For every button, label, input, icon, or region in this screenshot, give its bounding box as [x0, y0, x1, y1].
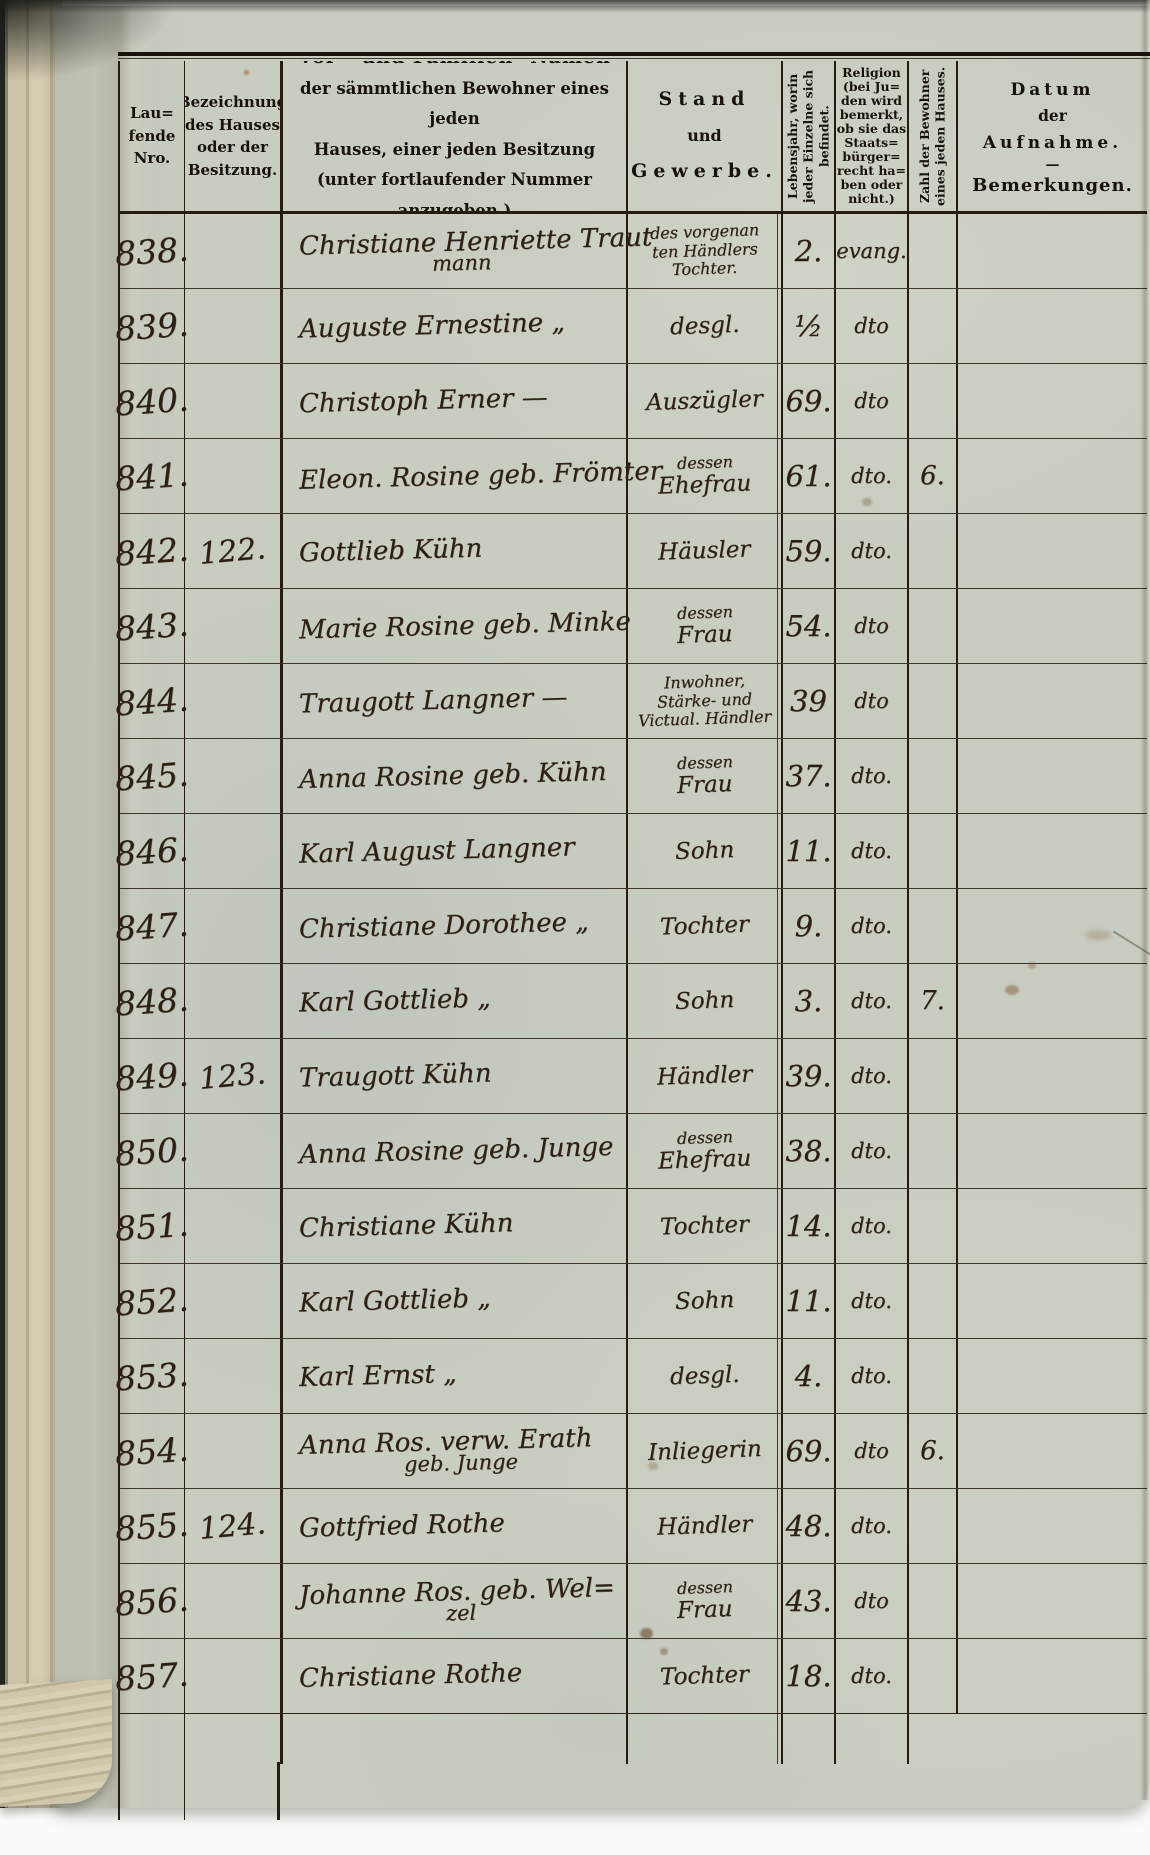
resident-name: Marie Rosine geb. Minke	[299, 607, 632, 646]
religion-cell: dto.	[834, 964, 907, 1038]
row-number: 854.	[114, 1429, 190, 1473]
religion-cell: dto.	[834, 739, 907, 813]
row-number: 842.	[114, 529, 190, 573]
row-number-cell: 852.	[120, 1264, 184, 1338]
row-number-cell: 851.	[120, 1189, 184, 1263]
table-row: 839.Auguste Ernestine „desgl.½dto	[120, 289, 1147, 364]
row-number: 850.	[114, 1129, 190, 1173]
row-number: 856.	[114, 1579, 190, 1623]
age-cell: 11.	[781, 814, 834, 888]
remarks-cell	[956, 814, 1147, 888]
table-row: 857.Christiane RotheTochter18.dto.	[120, 1639, 1147, 1714]
resident-name-cell: Christoph Erner —	[280, 364, 626, 438]
row-number: 839.	[114, 304, 190, 348]
row-number: 849.	[114, 1054, 190, 1098]
row-number: 848.	[114, 979, 190, 1023]
resident-name: Christoph Erner —	[299, 383, 548, 420]
occupation-status: Häusler	[658, 536, 751, 565]
row-number: 838.	[114, 229, 190, 273]
residents-count-cell	[907, 664, 956, 738]
religion-value: dto.	[851, 539, 892, 563]
house-number-cell	[184, 1114, 280, 1188]
age-value: 14.	[785, 1209, 831, 1243]
residents-count-cell	[907, 289, 956, 363]
row-number-cell: 848.	[120, 964, 184, 1038]
occupation-status: Händler	[656, 1061, 752, 1090]
age-cell: 38.	[781, 1114, 834, 1188]
header-text: (unter fortlaufender Nummer anzugeben.)	[283, 165, 626, 211]
ink-stain	[862, 498, 872, 506]
resident-name-cell: Johanne Ros. geb. Wel=zel	[280, 1564, 626, 1638]
header-residents-count: Zahl der Bewohner eines jeden Hauses.	[907, 61, 956, 211]
row-number: 841.	[114, 454, 190, 498]
occupation-status: Inliegerin	[647, 1436, 762, 1466]
header-text: des Hauses	[185, 114, 280, 137]
residents-count-cell	[907, 889, 956, 963]
religion-cell: dto.	[834, 1264, 907, 1338]
column-line-extension-left	[118, 1762, 280, 1820]
header-rotated-text: Lebensjahr, worin jeder Einzelne sich be…	[785, 65, 832, 207]
religion-value: dto	[854, 1439, 889, 1463]
table-row: 846.Karl August LangnerSohn11.dto.	[120, 814, 1147, 889]
row-number: 843.	[114, 604, 190, 648]
religion-cell: dto.	[834, 1489, 907, 1563]
resident-name: Traugott Langner —	[299, 682, 568, 719]
house-number-cell	[184, 814, 280, 888]
house-number-cell	[184, 739, 280, 813]
resident-name: Christiane Dorothee „	[299, 907, 589, 945]
row-number-cell: 853.	[120, 1339, 184, 1413]
house-number-cell	[184, 289, 280, 363]
occupation-cell: Sohn	[626, 964, 781, 1038]
house-number-cell	[184, 589, 280, 663]
row-number-cell: 843.	[120, 589, 184, 663]
row-number-cell: 849.	[120, 1039, 184, 1113]
header-text: bürger=	[842, 150, 900, 164]
age-value: 39	[790, 684, 827, 718]
residents-count: 6.	[920, 461, 945, 491]
line-extension-cell	[781, 1714, 834, 1764]
residents-count-cell	[907, 1339, 956, 1413]
table-row: 849.123.Traugott KühnHändler39.dto.	[120, 1039, 1147, 1114]
age-value: 3.	[795, 984, 823, 1018]
row-number-cell: 841.	[120, 439, 184, 513]
age-value: 59.	[785, 534, 831, 568]
age-value: 54.	[785, 609, 831, 643]
header-rotated-text: Zahl der Bewohner eines jeden Hauses.	[917, 65, 948, 207]
occupation-status: desgl.	[669, 1362, 739, 1390]
remarks-cell	[956, 1564, 1147, 1638]
residents-count-cell	[907, 214, 956, 288]
stacked-page-edges	[0, 1679, 112, 1807]
age-cell: 59.	[781, 514, 834, 588]
age-cell: ½	[781, 289, 834, 363]
occupation-status: Händler	[656, 1511, 752, 1540]
occupation-status: dessen	[676, 453, 733, 473]
book-binding-edge	[0, 0, 62, 1808]
occupation-cell: Häusler	[626, 514, 781, 588]
row-number-cell: 857.	[120, 1639, 184, 1713]
header-text: Religion	[842, 66, 901, 80]
age-value: 48.	[785, 1509, 831, 1543]
religion-value: dto.	[851, 1139, 892, 1163]
census-register-scan: Lau= fende Nro. Bezeichnung des Hauses o…	[0, 0, 1150, 1855]
residents-count-cell: 7.	[907, 964, 956, 1038]
occupation-cell: Tochter	[626, 1639, 781, 1713]
table-row: 853.Karl Ernst „desgl.4.dto.	[120, 1339, 1147, 1414]
resident-name: Eleon. Rosine geb. Frömter	[299, 456, 663, 495]
resident-name-cell: Eleon. Rosine geb. Frömter	[280, 439, 626, 513]
house-number-cell	[184, 964, 280, 1038]
row-number: 846.	[114, 829, 190, 873]
religion-value: dto	[854, 314, 889, 338]
table-row: 847.Christiane Dorothee „Tochter9.dto.	[120, 889, 1147, 964]
resident-name-cell: Christiane Dorothee „	[280, 889, 626, 963]
occupation-cell: dessenEhefrau	[626, 1114, 781, 1188]
table-row: 844.Traugott Langner —Inwohner,Stärke- u…	[120, 664, 1147, 739]
occupation-cell: Inwohner,Stärke- undVictual. Händler	[626, 664, 781, 738]
residents-count: 6.	[920, 1436, 945, 1466]
resident-name-cell: Marie Rosine geb. Minke	[280, 589, 626, 663]
religion-value: dto.	[851, 464, 892, 488]
row-number-cell: 838.	[120, 214, 184, 288]
occupation-status: Frau	[676, 621, 732, 649]
row-number: 844.	[114, 679, 190, 723]
table-row: 842.122.Gottlieb KühnHäusler59.dto.	[120, 514, 1147, 589]
resident-name: Anna Rosine geb. Kühn	[299, 757, 607, 795]
resident-name-cell: Karl Ernst „	[280, 1339, 626, 1413]
age-cell: 4.	[781, 1339, 834, 1413]
occupation-status: Auszügler	[646, 386, 764, 416]
religion-value: dto.	[851, 1214, 892, 1238]
age-cell: 54.	[781, 589, 834, 663]
resident-name-cell: Karl Gottlieb „	[280, 1264, 626, 1338]
religion-value: dto.	[851, 839, 892, 863]
red-speck	[244, 70, 249, 75]
resident-name: geb. Junge	[404, 1450, 519, 1477]
religion-value: dto.	[851, 1664, 892, 1688]
table-row: 854.Anna Ros. verw. Erathgeb. JungeInlie…	[120, 1414, 1147, 1489]
resident-name-cell: Gottfried Rothe	[280, 1489, 626, 1563]
age-value: 43.	[785, 1584, 831, 1618]
header-house-designation: Bezeichnung des Hauses oder der Besitzun…	[184, 61, 280, 211]
remarks-cell	[956, 514, 1147, 588]
header-text: den wird	[841, 94, 902, 108]
occupation-status: dessen	[676, 1128, 733, 1148]
age-cell: 39.	[781, 1039, 834, 1113]
age-value: 37.	[785, 759, 831, 793]
resident-name: Gottfried Rothe	[299, 1508, 506, 1543]
row-number: 845.	[114, 754, 190, 798]
religion-value: dto.	[851, 1289, 892, 1313]
resident-name: Anna Rosine geb. Junge	[299, 1132, 614, 1170]
age-cell: 18.	[781, 1639, 834, 1713]
age-value: 11.	[785, 834, 831, 868]
occupation-cell: Tochter	[626, 889, 781, 963]
occupation-status: dessen	[676, 1578, 733, 1598]
religion-value: dto.	[851, 989, 892, 1013]
occupation-status: dessen	[676, 753, 733, 773]
row-number: 847.	[114, 904, 190, 948]
column-line-extension	[118, 1714, 1147, 1762]
residents-count-cell	[907, 1114, 956, 1188]
house-number: 123.	[198, 1056, 268, 1097]
line-extension-cell	[956, 1714, 1147, 1764]
header-text: nicht.)	[848, 192, 895, 206]
row-number-cell: 847.	[120, 889, 184, 963]
age-value: 9.	[795, 909, 823, 943]
residents-count-cell: 6.	[907, 439, 956, 513]
age-cell: 14.	[781, 1189, 834, 1263]
residents-count-cell	[907, 514, 956, 588]
row-number: 851.	[114, 1204, 190, 1248]
header-text: Bezeichnung	[184, 91, 280, 114]
age-value: 4.	[795, 1359, 823, 1393]
religion-cell: dto.	[834, 889, 907, 963]
table-row: 843.Marie Rosine geb. MinkedessenFrau54.…	[120, 589, 1147, 664]
residents-count-cell	[907, 1039, 956, 1113]
header-text: Besitzung.	[188, 159, 277, 182]
occupation-status: Victual. Händler	[638, 708, 772, 731]
resident-name: Karl Gottlieb „	[299, 983, 491, 1018]
remarks-cell	[956, 1489, 1147, 1563]
header-running-number: Lau= fende Nro.	[120, 61, 184, 211]
religion-cell: dto.	[834, 1114, 907, 1188]
row-number: 852.	[114, 1279, 190, 1323]
occupation-status: Ehefrau	[657, 1146, 751, 1175]
resident-name: Karl August Langner	[299, 832, 575, 869]
occupation-cell: Sohn	[626, 814, 781, 888]
row-number-cell: 850.	[120, 1114, 184, 1188]
row-number-cell: 854.	[120, 1414, 184, 1488]
age-value: 39.	[785, 1059, 831, 1093]
residents-count-cell	[907, 364, 956, 438]
religion-value: dto	[854, 1589, 889, 1613]
remarks-cell	[956, 1189, 1147, 1263]
line-extension-cell	[626, 1714, 781, 1764]
row-number: 855.	[114, 1504, 190, 1548]
house-number-cell	[184, 1414, 280, 1488]
resident-name: Karl Gottlieb „	[299, 1283, 491, 1318]
religion-value: dto.	[851, 914, 892, 938]
table-row: 851.Christiane KühnTochter14.dto.	[120, 1189, 1147, 1264]
top-edge-shadow	[0, 0, 1150, 13]
table-row: 848.Karl Gottlieb „Sohn3.dto.7.	[120, 964, 1147, 1039]
religion-cell: dto.	[834, 1639, 907, 1713]
age-cell: 11.	[781, 1264, 834, 1338]
house-number-cell	[184, 1264, 280, 1338]
remarks-cell	[956, 1639, 1147, 1713]
occupation-status: Sohn	[674, 837, 734, 865]
resident-name: Christiane Kühn	[299, 1208, 514, 1244]
resident-name: zel	[446, 1601, 477, 1626]
table-row: 855.124.Gottfried RotheHändler48.dto.	[120, 1489, 1147, 1564]
resident-name-cell: Christiane Kühn	[280, 1189, 626, 1263]
remarks-cell	[956, 289, 1147, 363]
age-value: 2.	[795, 234, 823, 268]
age-value: ½	[794, 309, 822, 343]
occupation-status: Ehefrau	[657, 471, 751, 500]
header-text: (bei Ju=	[843, 80, 900, 94]
religion-cell: dto.	[834, 1189, 907, 1263]
table-row: 838.Christiane Henriette Trautmanndes vo…	[120, 214, 1147, 289]
residents-count-cell	[907, 1264, 956, 1338]
row-number-cell: 839.	[120, 289, 184, 363]
row-number-cell: 846.	[120, 814, 184, 888]
header-status-trade: Stand und Gewerbe.	[626, 61, 781, 211]
occupation-cell: Inliegerin	[626, 1414, 781, 1488]
occupation-cell: Sohn	[626, 1264, 781, 1338]
age-cell: 69.	[781, 364, 834, 438]
paper-stain	[1085, 930, 1111, 940]
header-title: Vor= und Familien=Namen	[298, 61, 611, 68]
age-cell: 39	[781, 664, 834, 738]
paper-stain	[648, 1462, 658, 1470]
ink-stain	[660, 1648, 668, 1655]
row-number: 840.	[114, 379, 190, 423]
row-number-cell: 855.	[120, 1489, 184, 1563]
header-resident-names: Vor= und Familien=Namen der sämmtlichen …	[280, 61, 626, 211]
age-cell: 3.	[781, 964, 834, 1038]
house-number-cell	[184, 1339, 280, 1413]
religion-cell: dto.	[834, 514, 907, 588]
religion-cell: dto.	[834, 1039, 907, 1113]
header-text: oder der	[197, 136, 268, 159]
religion-cell: dto	[834, 589, 907, 663]
house-number-cell: 123.	[184, 1039, 280, 1113]
remarks-cell	[956, 589, 1147, 663]
resident-name: mann	[431, 250, 491, 276]
header-text: Stand	[659, 80, 751, 120]
table-row: 850.Anna Rosine geb. JungedessenEhefrau3…	[120, 1114, 1147, 1189]
remarks-cell	[956, 1264, 1147, 1338]
religion-cell: dto.	[834, 1339, 907, 1413]
residents-count-cell	[907, 1489, 956, 1563]
row-number: 857.	[114, 1654, 190, 1698]
resident-name: Auguste Ernestine „	[299, 308, 566, 345]
resident-name-cell: Traugott Langner —	[280, 664, 626, 738]
house-number: 124.	[198, 1506, 268, 1547]
religion-cell: evang.	[834, 214, 907, 288]
age-value: 69.	[785, 384, 831, 418]
table-row: 845.Anna Rosine geb. KühndessenFrau37.dt…	[120, 739, 1147, 814]
ink-stain	[640, 1628, 653, 1639]
occupation-status: Sohn	[674, 987, 734, 1015]
residents-count-cell	[907, 1564, 956, 1638]
table-row: 856.Johanne Ros. geb. Wel=zeldessenFrau4…	[120, 1564, 1147, 1639]
occupation-cell: dessenFrau	[626, 739, 781, 813]
header-divider-dash: —	[1046, 158, 1060, 173]
residents-count: 7.	[920, 986, 945, 1016]
remarks-cell	[956, 739, 1147, 813]
header-text: ob sie das	[837, 122, 906, 136]
ink-stain	[1028, 962, 1036, 969]
header-text: bemerkt,	[840, 108, 903, 122]
house-number-cell	[184, 1189, 280, 1263]
table-header: Lau= fende Nro. Bezeichnung des Hauses o…	[118, 61, 1147, 214]
occupation-status: Frau	[676, 1596, 732, 1624]
religion-cell: dto	[834, 1414, 907, 1488]
remarks-cell	[956, 889, 1147, 963]
religion-value: dto	[854, 614, 889, 638]
header-text: Staats=	[844, 136, 898, 150]
header-text: recht ha=	[837, 164, 906, 178]
row-number: 853.	[114, 1354, 190, 1398]
residents-count-cell	[907, 1639, 956, 1713]
resident-name: Christiane Rothe	[299, 1658, 523, 1694]
occupation-status: Tochter	[660, 1211, 750, 1240]
header-text: der	[1038, 104, 1067, 129]
line-extension-cell	[280, 1714, 626, 1764]
header-text: und	[687, 120, 721, 152]
row-number-cell: 842.	[120, 514, 184, 588]
occupation-cell: Tochter	[626, 1189, 781, 1263]
resident-name-cell: Auguste Ernestine „	[280, 289, 626, 363]
age-value: 61.	[785, 459, 831, 493]
age-cell: 37.	[781, 739, 834, 813]
age-value: 38.	[785, 1134, 831, 1168]
house-number-cell: 124.	[184, 1489, 280, 1563]
residents-count-cell: 6.	[907, 1414, 956, 1488]
residents-count-cell	[907, 739, 956, 813]
remarks-cell	[956, 964, 1147, 1038]
line-extension-cell	[184, 1762, 280, 1820]
age-cell: 2.	[781, 214, 834, 288]
line-extension-cell	[834, 1714, 907, 1764]
table-row: 841.Eleon. Rosine geb. FrömterdessenEhef…	[120, 439, 1147, 514]
residents-count-cell	[907, 589, 956, 663]
header-text: fende	[129, 125, 176, 148]
religion-cell: dto	[834, 1564, 907, 1638]
religion-value: dto.	[851, 1514, 892, 1538]
occupation-status: Tochter	[660, 1661, 750, 1690]
religion-value: dto.	[851, 1364, 892, 1388]
age-value: 11.	[785, 1284, 831, 1318]
residents-count-cell	[907, 814, 956, 888]
occupation-status: Tochter.	[672, 259, 738, 280]
house-number-cell	[184, 1564, 280, 1638]
age-cell: 61.	[781, 439, 834, 513]
header-text: Gewerbe.	[631, 152, 778, 192]
table-body: 838.Christiane Henriette Trautmanndes vo…	[118, 214, 1147, 1714]
house-number-cell	[184, 889, 280, 963]
age-value: 18.	[785, 1659, 831, 1693]
census-table: Lau= fende Nro. Bezeichnung des Hauses o…	[118, 52, 1147, 1820]
remarks-cell	[956, 1114, 1147, 1188]
occupation-cell: desgl.	[626, 1339, 781, 1413]
resident-name-cell: Christiane Rothe	[280, 1639, 626, 1713]
religion-value: evang.	[836, 239, 906, 263]
religion-value: dto.	[851, 764, 892, 788]
resident-name-cell: Gottlieb Kühn	[280, 514, 626, 588]
header-text: der sämmtlichen Bewohner eines jeden	[283, 74, 626, 135]
resident-name-cell: Karl August Langner	[280, 814, 626, 888]
religion-cell: dto	[834, 364, 907, 438]
religion-cell: dto	[834, 289, 907, 363]
religion-value: dto	[854, 389, 889, 413]
resident-name: Gottlieb Kühn	[299, 534, 483, 569]
line-extension-cell	[184, 1714, 280, 1764]
header-text: ben oder	[841, 178, 903, 192]
resident-name-cell: Anna Rosine geb. Kühn	[280, 739, 626, 813]
age-value: 69.	[785, 1434, 831, 1468]
occupation-status: Sohn	[674, 1287, 734, 1315]
house-number-cell: 122.	[184, 514, 280, 588]
remarks-cell	[956, 1414, 1147, 1488]
remarks-cell	[956, 1339, 1147, 1413]
row-number-cell: 840.	[120, 364, 184, 438]
row-number-cell: 845.	[120, 739, 184, 813]
